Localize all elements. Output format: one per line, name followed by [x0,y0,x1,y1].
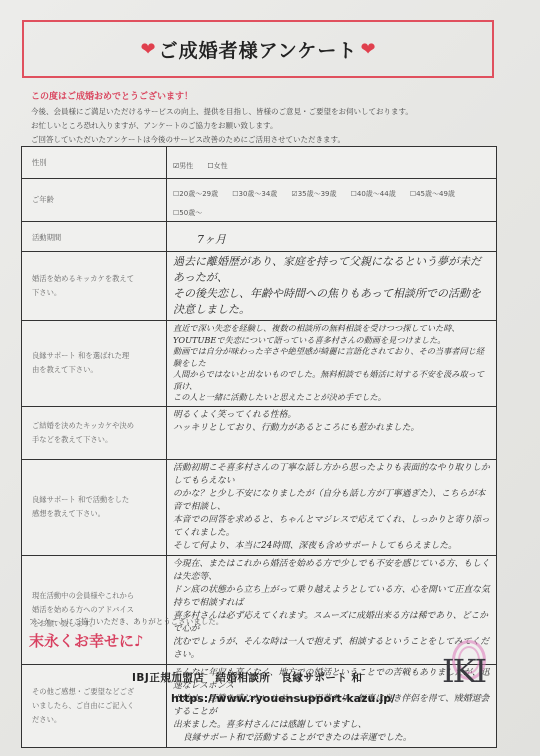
question-row: 婚活を始めるキッカケを教えて 下さい。 過去に離婚歴があり、家庭を持って父親にな… [22,252,497,321]
basic-info-table: 性別 ☑男性 ☐女性 ご年齢 ☐20歳～29歳 ☐30歳～34歳 ☑35歳～39… [21,146,497,254]
answer-field[interactable]: 活動初期こそ喜多村さんの丁寧な話し方から思ったよりも表面的なやり取りしかしてもら… [167,459,497,555]
shop-name: IBJ正規加盟店 結婚相談所 良縁サポート 和 [132,670,362,685]
brand-logo: IKI 良縁サポート和 [440,640,500,705]
website-link[interactable]: https://www.ryouensupport-kazu.jp/ [171,692,395,705]
logo-letters: IKI [442,652,485,690]
intro-line: お忙しいところ恐れ入りますが、アンケートのご協力をお願い致します。 [31,119,511,133]
age-option-35-39[interactable]: ☑35歳～39歳 [291,190,336,198]
gender-option-male[interactable]: ☑男性 [173,162,193,170]
question-label: ご結婚を決めたキッカケや決め 手などを教えて下さい。 [22,406,167,459]
age-option-45-49[interactable]: ☐45歳～49歳 [410,190,455,198]
answer-field[interactable]: 明るくよく笑ってくれる性格。 ハッキリとしており、行動力があるところにも惹かれま… [167,406,497,459]
age-label: ご年齢 [22,179,167,222]
question-label: 良縁サポート 和を選ばれた理 由を教えて下さい。 [22,321,167,407]
period-value: 7ヶ月 [197,233,226,246]
gender-option-female[interactable]: ☐女性 [207,162,227,170]
gender-options: ☑男性 ☐女性 [167,147,497,179]
gender-label: 性別 [22,147,167,179]
age-option-20-29[interactable]: ☐20歳～29歳 [173,190,218,198]
age-option-40-44[interactable]: ☐40歳～44歳 [351,190,396,198]
answer-field[interactable]: 過去に離婚歴があり、家庭を持って父親になるという夢が未だあったが、 その後失恋し… [167,252,497,321]
age-options: ☐20歳～29歳 ☐30歳～34歳 ☑35歳～39歳 ☐40歳～44歳 ☐45歳… [167,179,497,222]
thanks-text: アンケートにご協力いただき、ありがとうございました。 [29,616,223,627]
answer-field[interactable]: 直近で深い失恋を経験し、複数の相談所の無料相談を受けつつ探していた時、 YOUT… [167,321,497,407]
age-option-50-plus[interactable]: ☐50歳～ [173,209,202,217]
intro-section: この度はご成婚おめでとうございます！ 今後、会員様にご満足いただけるサービスの向… [31,89,511,147]
age-row: ご年齢 ☐20歳～29歳 ☐30歳～34歳 ☑35歳～39歳 ☐40歳～44歳 … [22,179,497,222]
age-option-30-34[interactable]: ☐30歳～34歳 [232,190,277,198]
farewell-text: 末永くお幸せに♪ [29,630,144,651]
page-title: ご成婚者様アンケート [159,36,358,63]
question-label: 婚活を始めるキッカケを教えて 下さい。 [22,252,167,321]
question-row: ご結婚を決めたキッカケや決め 手などを教えて下さい。 明るくよく笑ってくれる性格… [22,406,497,459]
intro-line: ご回答していただいたアンケートは今後のサービス改善のためにご活用させていただきま… [31,133,511,147]
title-banner: ❤ ご成婚者様アンケート ❤ [22,20,494,78]
period-label: 活動期間 [22,222,167,254]
heart-icon: ❤ [360,39,375,60]
question-row: 良縁サポート 和で活動をした 感想を教えて下さい。 活動初期こそ喜多村さんの丁寧… [22,459,497,555]
congrats-text: この度はご成婚おめでとうございます！ [31,89,511,102]
question-label: 良縁サポート 和で活動をした 感想を教えて下さい。 [22,459,167,555]
period-answer[interactable]: 7ヶ月 [167,222,497,254]
question-row: 良縁サポート 和を選ばれた理 由を教えて下さい。 直近で深い失恋を経験し、複数の… [22,321,497,407]
period-row: 活動期間 7ヶ月 [22,222,497,254]
gender-row: 性別 ☑男性 ☐女性 [22,147,497,179]
intro-line: 今後、会員様にご満足いただけるサービスの向上、提供を目指し、皆様のご意見・ご要望… [31,105,511,119]
heart-icon: ❤ [140,39,155,60]
logo-subtitle: 良縁サポート和 [454,693,489,700]
